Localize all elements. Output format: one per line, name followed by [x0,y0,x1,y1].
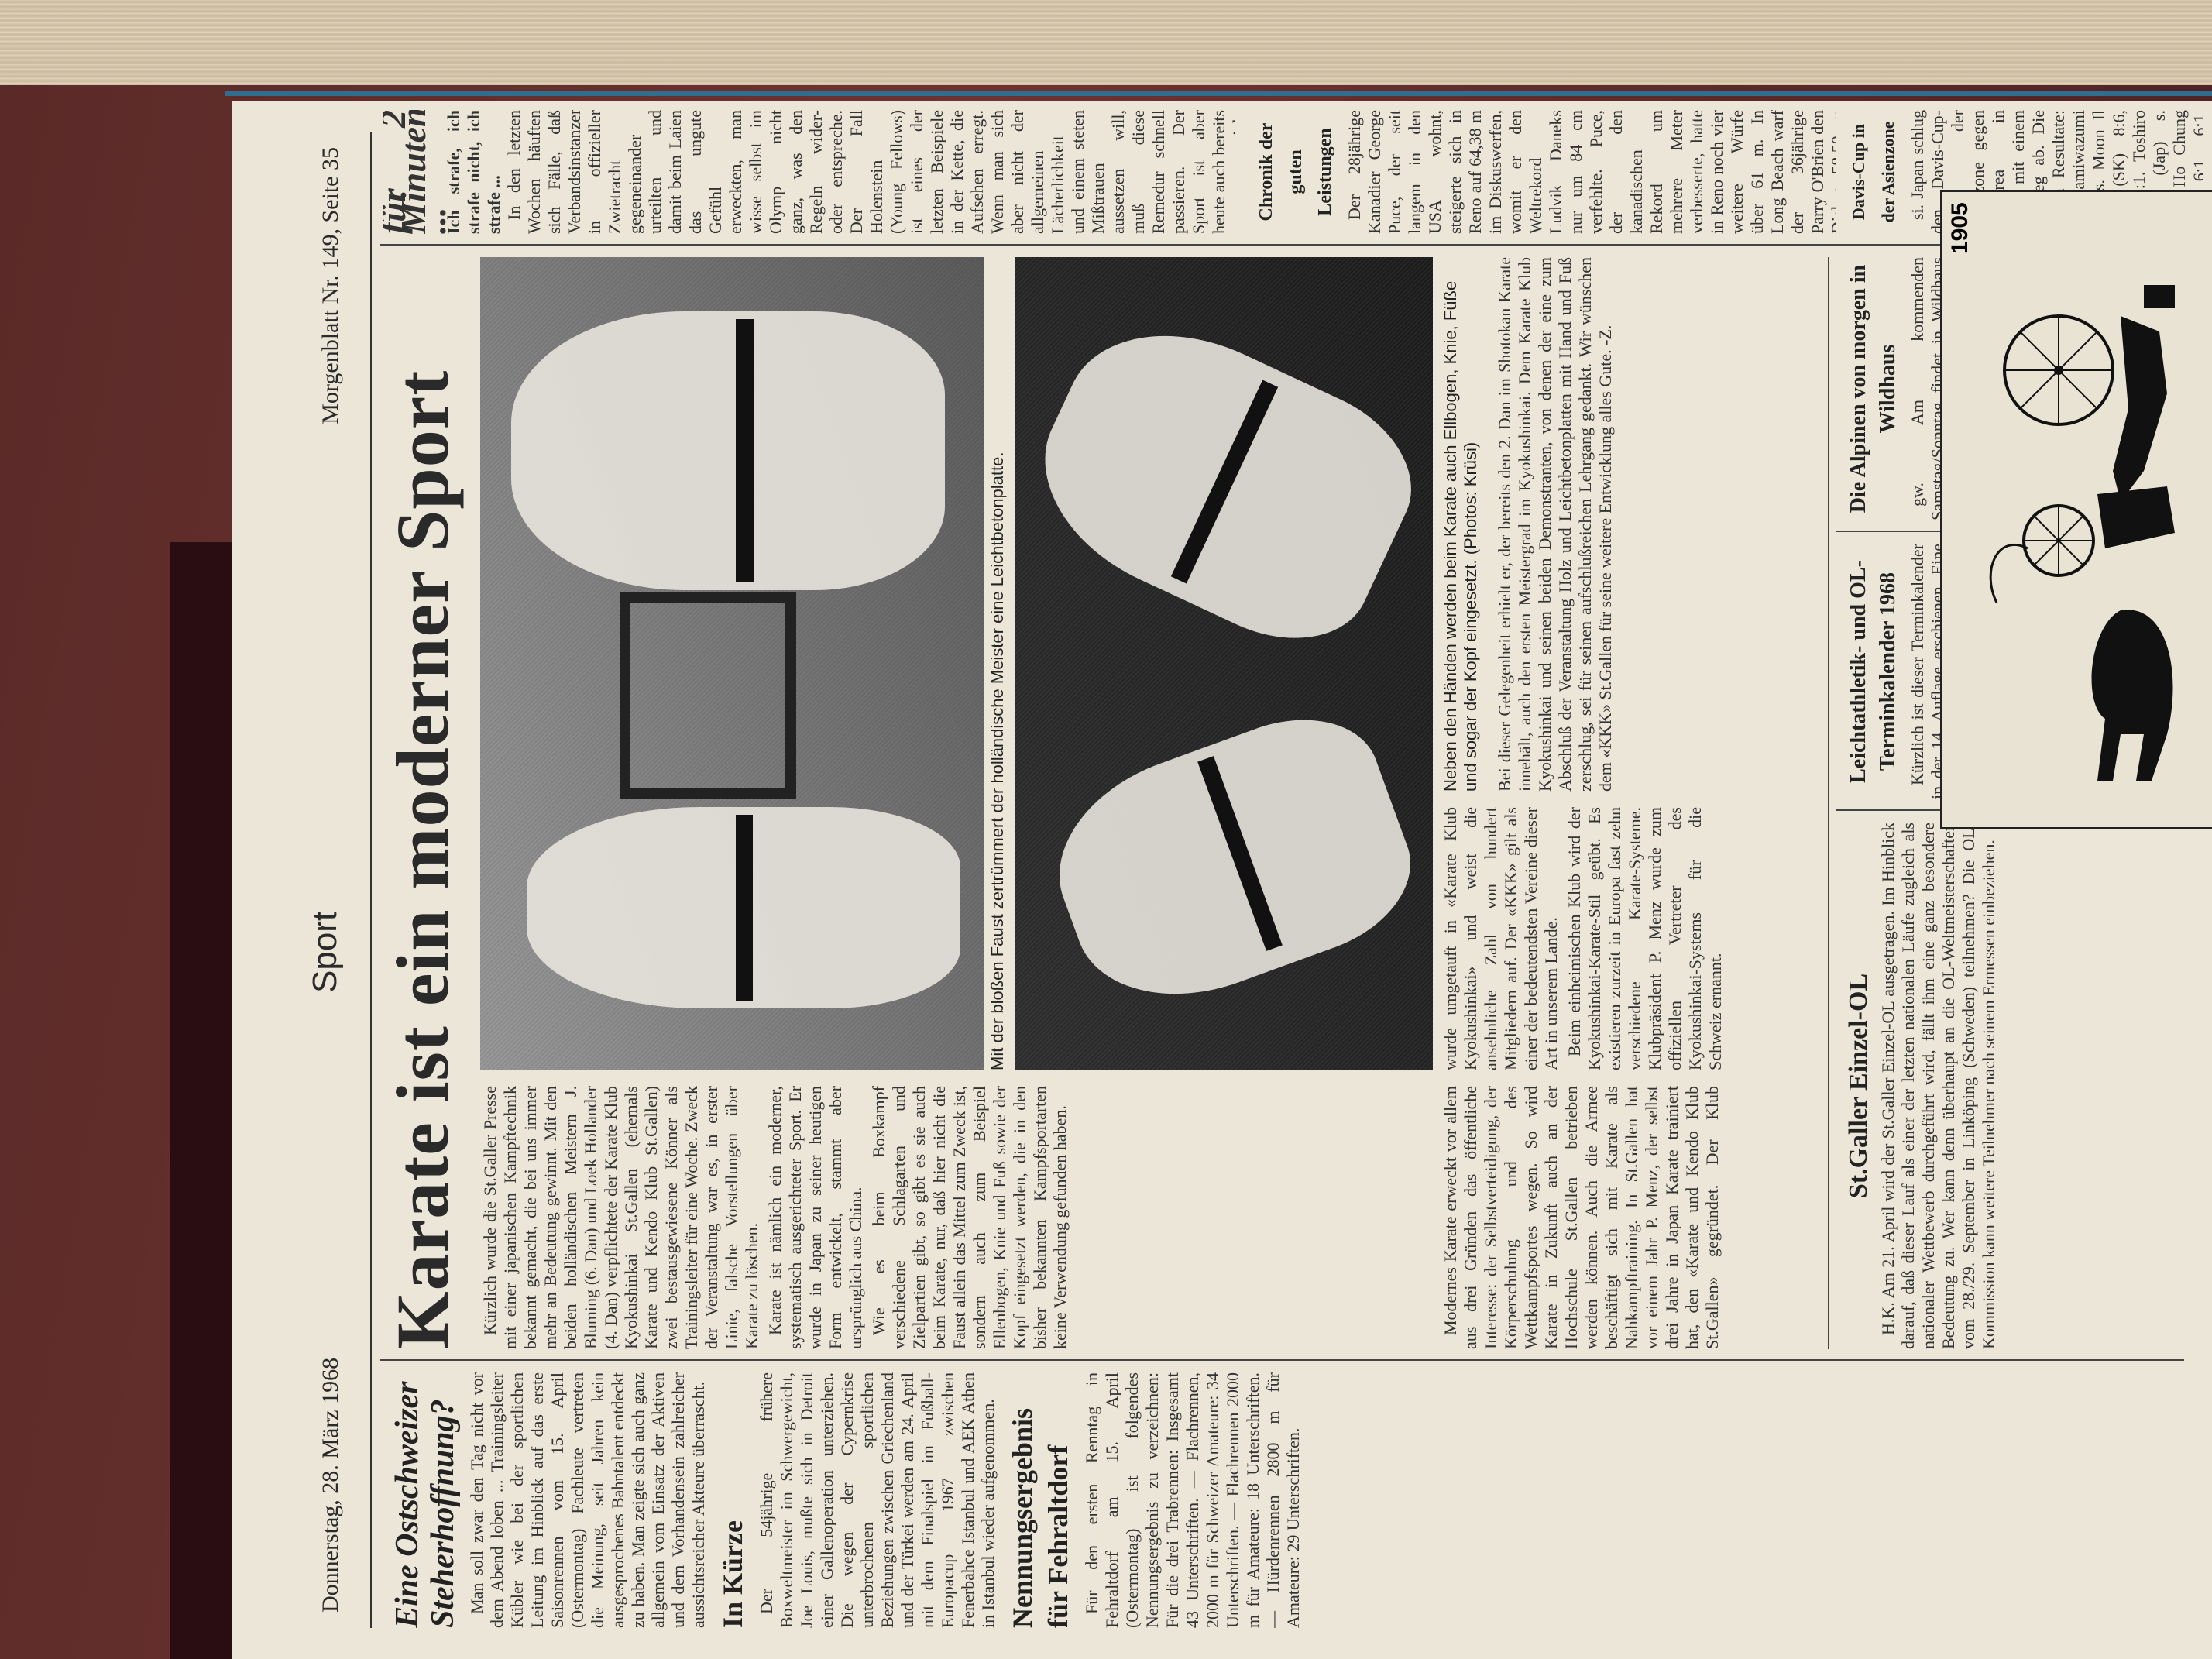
photo-caption-top: Mit der bloßen Faust zertrümmert der hol… [987,257,1008,1070]
newspaper-page: Donnerstag, 28. März 1968 Sport Morgenbl… [232,101,2212,1659]
advertisement-box: 1905 [1940,190,2212,829]
fehraltdorf-headline: Nennungsergebnis für Fehraltdorf [1005,1372,1076,1628]
photo-caption-bottom: Neben den Händen werden beim Karate auch… [1441,257,1481,792]
main-article-text-2: Modernes Karate erweckt vor allem aus dr… [1441,807,1828,1349]
in-kuerze-headline: In Kürze [715,1372,750,1628]
karate-photo-kick [1015,257,1433,1070]
column-divider [380,244,2184,246]
two-minutes-text: In den letzten Wochen häuften sich Fälle… [504,110,1235,234]
right-column: für 2 Minuten ... Ich strafe, ich strafe… [383,110,1235,234]
chronik-article: Chronik der guten Leistungen Der 28jähri… [1247,110,1836,234]
page-edge-line [225,91,2212,96]
in-kuerze-text: Der 54jährige frühere Boxweltmeister im … [757,1372,998,1628]
main-article-text: Kürzlich wurde die St.Galler Presse mit … [480,1086,1433,1349]
ostschweizer-headline: Eine Ostschweizer Steherhoffnung? [390,1372,461,1628]
section-title: Sport [306,912,345,993]
calendar-headline: Leichtathletik- und OL-Terminkalender 19… [1844,544,1903,799]
two-minutes-headline: für 2 Minuten ... [383,110,444,234]
left-column: Eine Ostschweizer Steherhoffnung? Man so… [383,1372,2180,1628]
book-binding-shadow [170,542,232,1659]
column-divider [380,1359,2184,1361]
book-page-edges [0,0,2212,85]
ol-text: H.K. Am 21. April wird der St.Galler Ein… [1878,823,1999,1349]
header-rule [370,132,372,1628]
karate-photo-breaking-board [480,257,984,1070]
paragraph: Karate ist nämlich ein moderner, systema… [765,1086,866,1349]
horse-carriage-icon [1966,239,2198,796]
fehraltdorf-text: Für den ersten Renntag in Fehraltdorf am… [1082,1372,1303,1628]
chronik-headline: Chronik der guten Leistungen [1252,110,1340,234]
chronik-text: Der 28jährige Kanadier George Puce, der … [1345,110,1836,234]
davis-cup-headline: Davis-Cup in der Asienzone [1844,110,1903,234]
alpine-headline: Die Alpinen von morgen in Wildhaus [1844,257,1903,520]
ol-article: St.Galler Einzel-OL H.K. Am 21. April wi… [1839,823,2203,1349]
section-divider [1828,257,1829,1349]
date-line: Donnerstag, 28. März 1968 [318,1358,344,1613]
two-minutes-subheading: Ich strafe, ich strafe nicht, ich strafe… [444,110,504,234]
newspaper-page-content: Donnerstag, 28. März 1968 Sport Morgenbl… [232,101,2212,1659]
paragraph: Kürzlich wurde die St.Galler Presse mit … [480,1086,762,1349]
karate-closing-text: Bei dieser Gelegenheit erhielt er, der b… [1495,257,1681,792]
paragraph: Wie es beim Boxkampf verschiedene Schlag… [869,1086,1070,1349]
paragraph: Beim einheimischen Klub wird der Kyokush… [1565,807,1726,1070]
issue-line: Morgenblatt Nr. 149, Seite 35 [318,147,344,424]
main-headline: Karate ist ein moderner Sport [380,370,465,1349]
ol-headline: St.Galler Einzel-OL [1844,823,1874,1349]
ostschweizer-text: Man soll zwar den Tag nicht vor dem Aben… [467,1372,709,1628]
